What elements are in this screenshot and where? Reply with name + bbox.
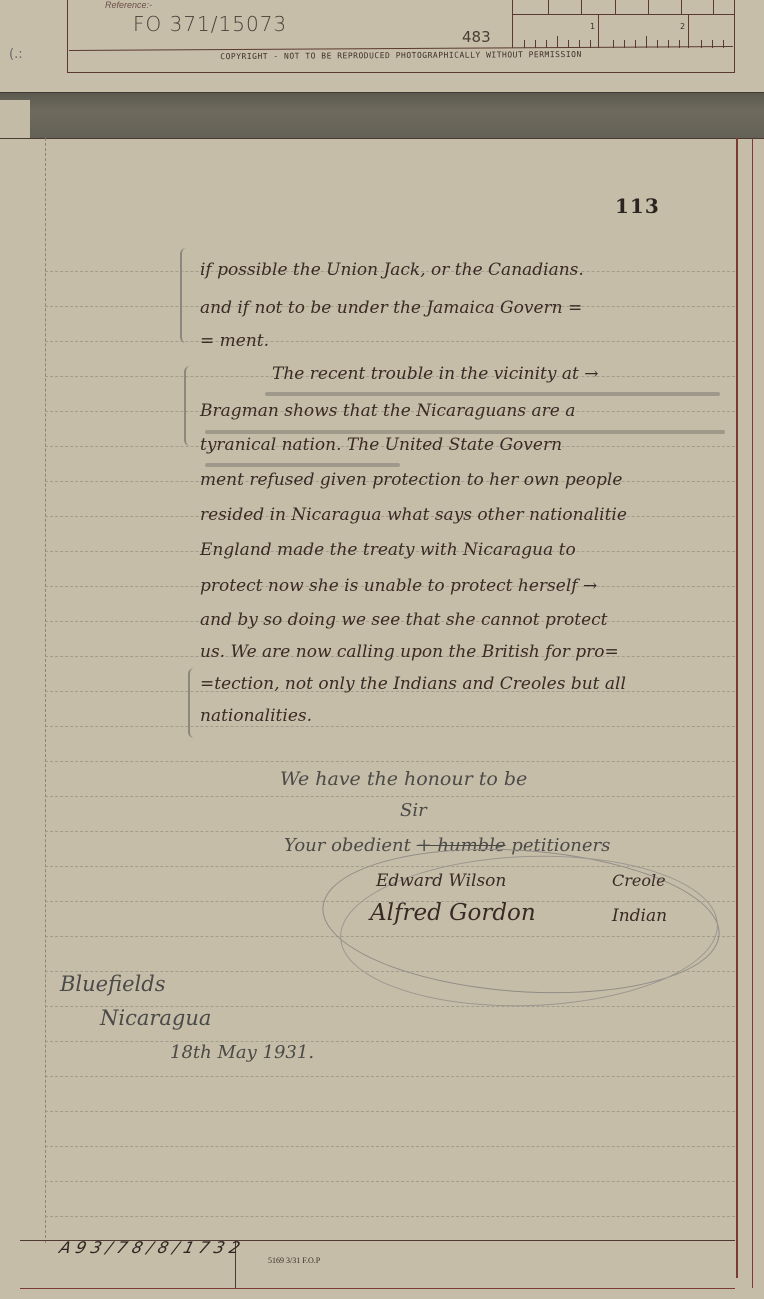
- letter-line: and by so doing we see that she cannot p…: [200, 610, 730, 630]
- scanner-shadow-band: [0, 92, 764, 139]
- letter-line: and if not to be under the Jamaica Gover…: [200, 298, 730, 318]
- reference-number: FO 371/15073: [133, 12, 287, 36]
- print-mark: 5169 3/31 F.O.P: [268, 1256, 320, 1265]
- signatory-name: Edward Wilson: [376, 871, 506, 891]
- paper-corner: [0, 100, 30, 140]
- registry-reference: A 9 3 / 7 8 / 8 / 1 7 3 2: [57, 1238, 242, 1257]
- place-town: Bluefields: [60, 972, 165, 996]
- page-top-edge: [0, 138, 764, 139]
- pencil-underline: [205, 430, 725, 434]
- letter-line: resided in Nicaragua what says other nat…: [200, 505, 730, 525]
- letter-line: = ment.: [200, 331, 730, 351]
- letter-page: 113 if possible the Union Jack, or the C…: [0, 138, 764, 1299]
- pencil-margin-bracket: [180, 248, 192, 343]
- ruler-label-1: 1: [590, 22, 595, 31]
- pencil-underline: [265, 392, 720, 396]
- archive-reference-strip: (.: Reference:- FO 371/15073 483 1 2: [0, 0, 764, 92]
- letter-line: The recent trouble in the vicinity at →: [272, 364, 764, 384]
- signatory-designation: Creole: [612, 871, 666, 890]
- letter-line: Bragman shows that the Nicaraguans are a: [200, 401, 730, 421]
- ruler-major-tick: [688, 14, 689, 48]
- letter-line: protect now she is unable to protect her…: [200, 576, 730, 596]
- reference-label: Reference:-: [105, 0, 152, 10]
- letter-line: tyranical nation. The United State Gover…: [200, 435, 730, 455]
- letter-line: =tection, not only the Indians and Creol…: [200, 674, 730, 694]
- letter-line: England made the treaty with Nicaragua t…: [200, 540, 730, 560]
- signatory-designation: Indian: [612, 906, 667, 926]
- signatory-name: Alfred Gordon: [370, 900, 536, 926]
- letter-line: ment refused given protection to her own…: [200, 470, 730, 490]
- salutation: Sir: [400, 800, 427, 821]
- letter-line: nationalities.: [200, 706, 730, 726]
- closing-prefix: Your obedient: [284, 835, 417, 856]
- archive-page-number: 483: [462, 28, 491, 46]
- ruler-label-2: 2: [680, 22, 685, 31]
- pencil-margin-bracket: [188, 668, 198, 738]
- right-margin-rule: [736, 138, 738, 1278]
- folio-number: 113: [615, 194, 660, 218]
- closing-line: We have the honour to be: [280, 768, 527, 790]
- page-footer: A 9 3 / 7 8 / 8 / 1 7 3 2 5169 3/31 F.O.…: [0, 1238, 764, 1299]
- ruler-major-tick: [598, 14, 599, 48]
- letter-date: 18th May 1931.: [170, 1042, 314, 1063]
- ruler-top-row: [513, 0, 734, 15]
- measurement-ruler: 1 2: [512, 0, 734, 48]
- right-edge-rule: [752, 138, 753, 1288]
- footer-bottom-rule: [20, 1288, 735, 1289]
- place-country: Nicaragua: [100, 1006, 211, 1030]
- letter-line: us. We are now calling upon the British …: [200, 642, 730, 662]
- punch-hole-mark: (.:: [9, 47, 23, 62]
- letter-line: if possible the Union Jack, or the Canad…: [200, 260, 730, 280]
- pencil-margin-bracket: [184, 366, 194, 446]
- pencil-underline: [205, 463, 400, 467]
